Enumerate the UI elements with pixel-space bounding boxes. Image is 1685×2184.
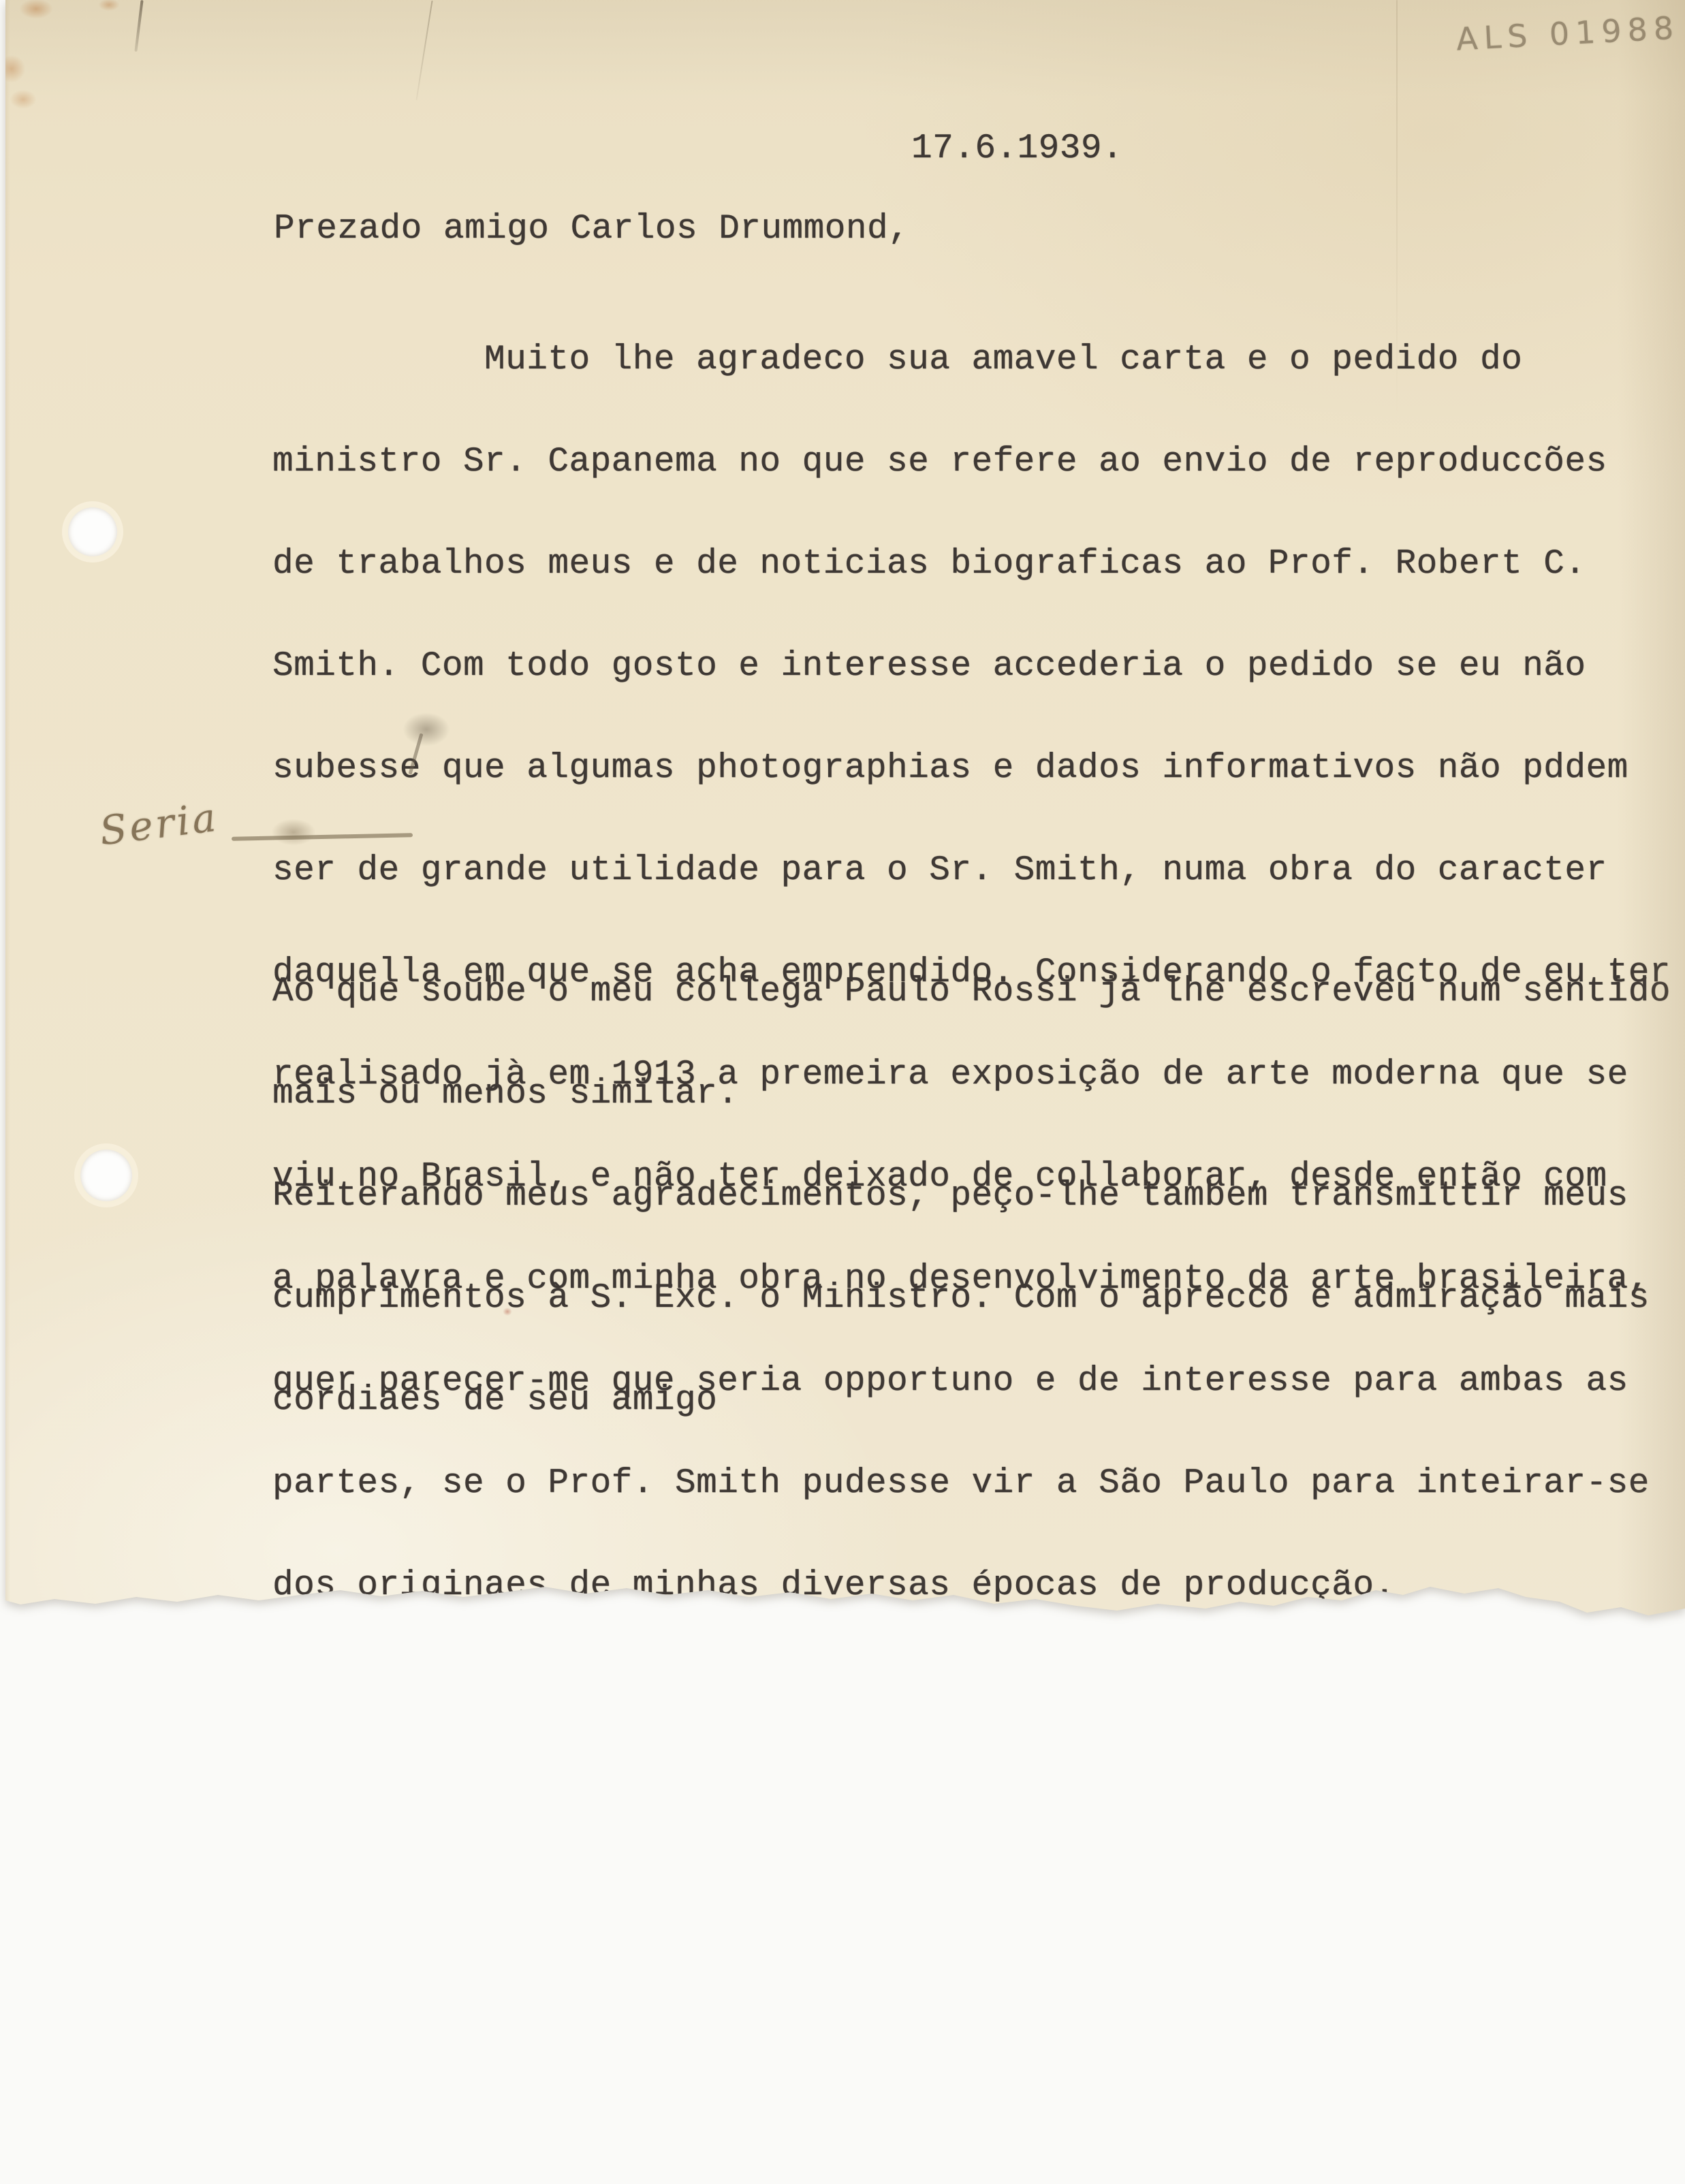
punch-hole (80, 1150, 132, 1201)
foxing-stain (12, 0, 60, 23)
letter-line: mais ou menos similar. (272, 1077, 1671, 1111)
letter-line: subesse que algumas photographias e dado… (272, 752, 1671, 786)
letter-line: cordiaes de seu amigo (272, 1384, 1671, 1418)
margin-annotation-pencil: Seria (97, 794, 221, 855)
letter-line: cumprimentos à S. Exc. o Ministro. Com o… (272, 1282, 1671, 1316)
letter-line: de trabalhos meus e de noticias biografi… (272, 548, 1671, 582)
punch-hole (68, 507, 117, 556)
letter-line: Muito lhe agradeco sua amavel carta e o … (272, 343, 1671, 377)
letter-body-paragraph-2: Ao que soube o meu collega Paulo Rossi j… (272, 907, 1671, 1486)
letter-line: Smith. Com todo gosto e interesse accede… (272, 650, 1671, 684)
letter-salutation: Prezado amigo Carlos Drummond, (274, 210, 909, 249)
letter-line: Ao que soube o meu collega Paulo Rossi j… (272, 975, 1671, 1009)
letter-page: ALS 01988 17.6.1939. Prezado amigo Carlo… (0, 0, 1685, 1632)
foxing-stain (4, 86, 42, 113)
letter-page-wrapper: ALS 01988 17.6.1939. Prezado amigo Carlo… (0, 0, 1685, 1632)
crease-mark (415, 1, 432, 100)
foxing-stain (94, 0, 124, 14)
letter-line: Reiterando meus agradecimentos, peço-lhe… (272, 1180, 1671, 1214)
foxing-stain (0, 49, 31, 89)
letter-line: ser de grande utilidade para o Sr. Smith… (272, 854, 1671, 888)
archive-code-annotation: ALS 01988 (1455, 9, 1681, 57)
letter-line: dos originaes de minhas diversas épocas … (272, 1569, 1671, 1603)
letter-line: ministro Sr. Capanema no que se refere a… (272, 445, 1671, 479)
letter-date: 17.6.1939. (911, 129, 1123, 168)
crease-mark (134, 0, 143, 52)
